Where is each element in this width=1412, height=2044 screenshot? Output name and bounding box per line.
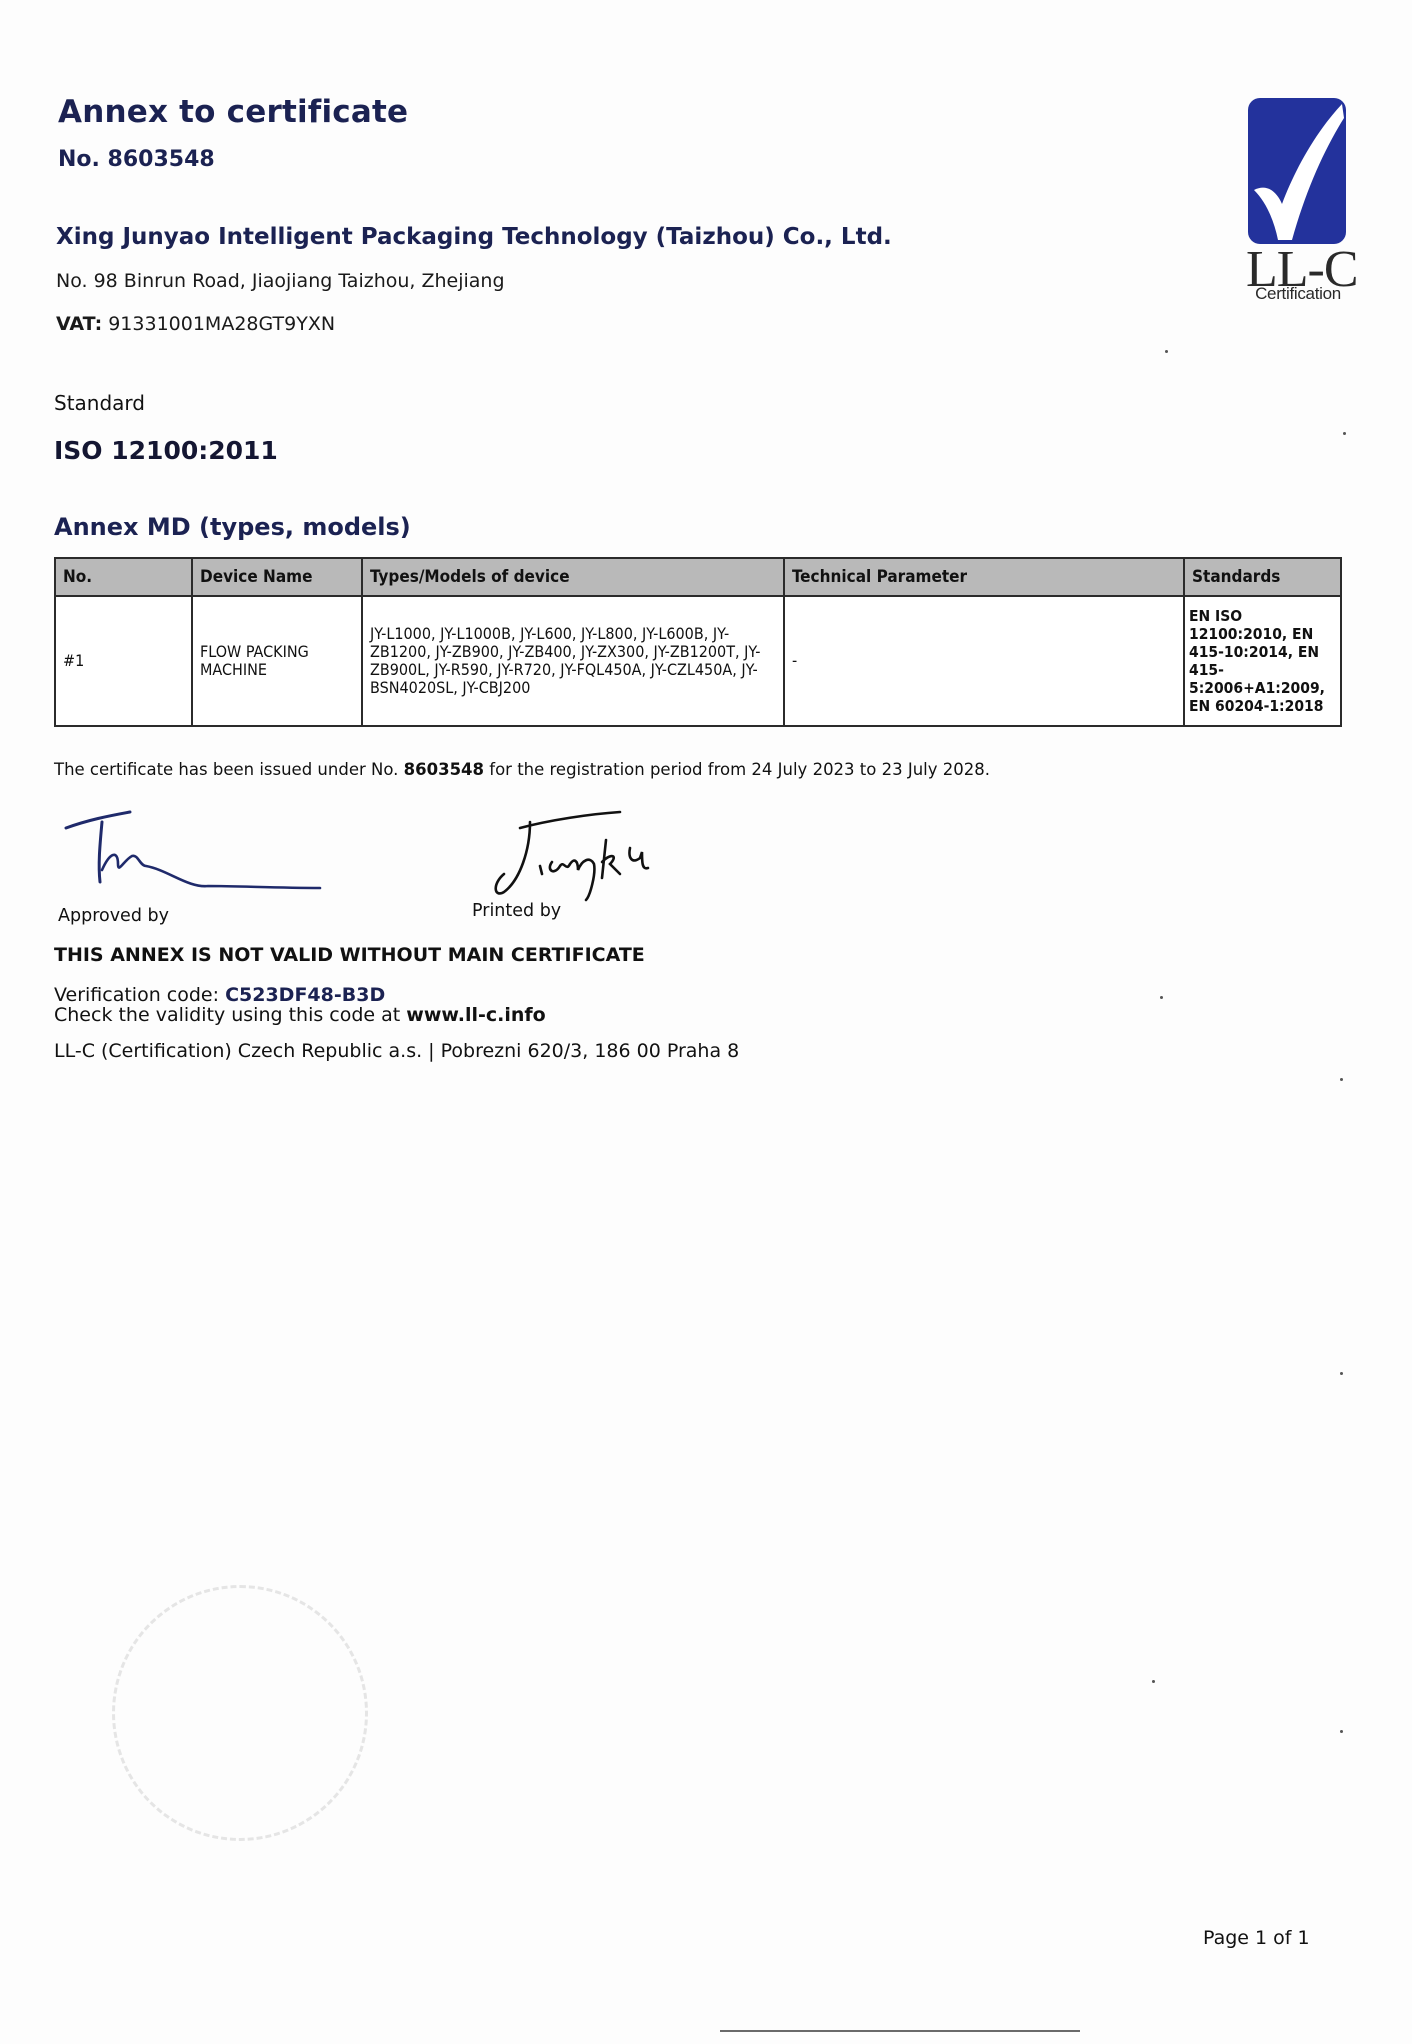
standard-label: Standard [54,391,145,415]
scan-speck [1165,350,1168,353]
vat-number: VAT: 91331001MA28GT9YXN [56,313,335,335]
embossed-seal-icon [112,1585,368,1841]
issuer-address: LL-C (Certification) Czech Republic a.s.… [54,1040,739,1062]
printed-by-label: Printed by [472,901,561,921]
standard-value: ISO 12100:2011 [54,436,278,465]
company-address: No. 98 Binrun Road, Jiaojiang Taizhou, Z… [56,270,505,292]
cell-no: #1 [55,596,192,726]
scan-edge-line [720,2030,1080,2032]
table-row: #1 FLOW PACKING MACHINE JY-L1000, JY-L10… [55,596,1341,726]
column-header-standards: Standards [1184,558,1341,596]
scan-speck [1152,1680,1155,1683]
cell-models: JY-L1000, JY-L1000B, JY-L600, JY-L800, J… [362,596,784,726]
logo-subtitle: Certification [1240,284,1356,304]
validity-notice: THIS ANNEX IS NOT VALID WITHOUT MAIN CER… [54,944,645,966]
printed-signature [490,800,750,910]
column-header-models: Types/Models of device [362,558,784,596]
vat-label: VAT: [56,313,102,335]
cell-technical-parameter: - [784,596,1184,726]
checkmark-icon [1248,98,1348,248]
cell-standards: EN ISO 12100:2010, EN 415-10:2014, EN 41… [1184,596,1341,726]
table-header-row: No. Device Name Types/Models of device T… [55,558,1341,596]
models-table: No. Device Name Types/Models of device T… [54,557,1342,727]
page-number: Page 1 of 1 [1203,1927,1310,1949]
verification-label: Verification code: [54,984,225,1006]
column-header-device-name: Device Name [192,558,362,596]
scan-speck [1340,1372,1343,1375]
verification-code-line: Verification code: C523DF48-B3D [54,984,385,1006]
scan-speck [1160,996,1163,999]
vat-value: 91331001MA28GT9YXN [108,313,335,335]
registration-number: 8603548 [404,760,484,779]
company-name: Xing Junyao Intelligent Packaging Techno… [56,224,892,250]
verification-code: C523DF48-B3D [225,984,385,1006]
llc-certification-logo: LL-C Certification [1248,98,1348,308]
column-header-no: No. [55,558,192,596]
check-prefix: Check the validity using this code at [54,1004,406,1026]
annex-heading: Annex MD (types, models) [54,513,411,541]
verification-url-link[interactable]: www.ll-c.info [406,1004,545,1026]
column-header-technical-parameter: Technical Parameter [784,558,1184,596]
scan-speck [1340,1730,1343,1733]
registration-period: for the registration period from 24 July… [484,760,990,779]
scan-speck [1340,1078,1343,1081]
registration-statement: The certificate has been issued under No… [54,760,990,779]
cell-device-name: FLOW PACKING MACHINE [192,596,362,726]
certificate-number: No. 8603548 [58,147,215,172]
scan-speck [1343,432,1346,435]
approved-signature [58,800,338,900]
validity-check-line: Check the validity using this code at ww… [54,1004,546,1026]
document-title: Annex to certificate [58,94,408,130]
registration-prefix: The certificate has been issued under No… [54,760,404,779]
approved-by-label: Approved by [58,906,169,926]
